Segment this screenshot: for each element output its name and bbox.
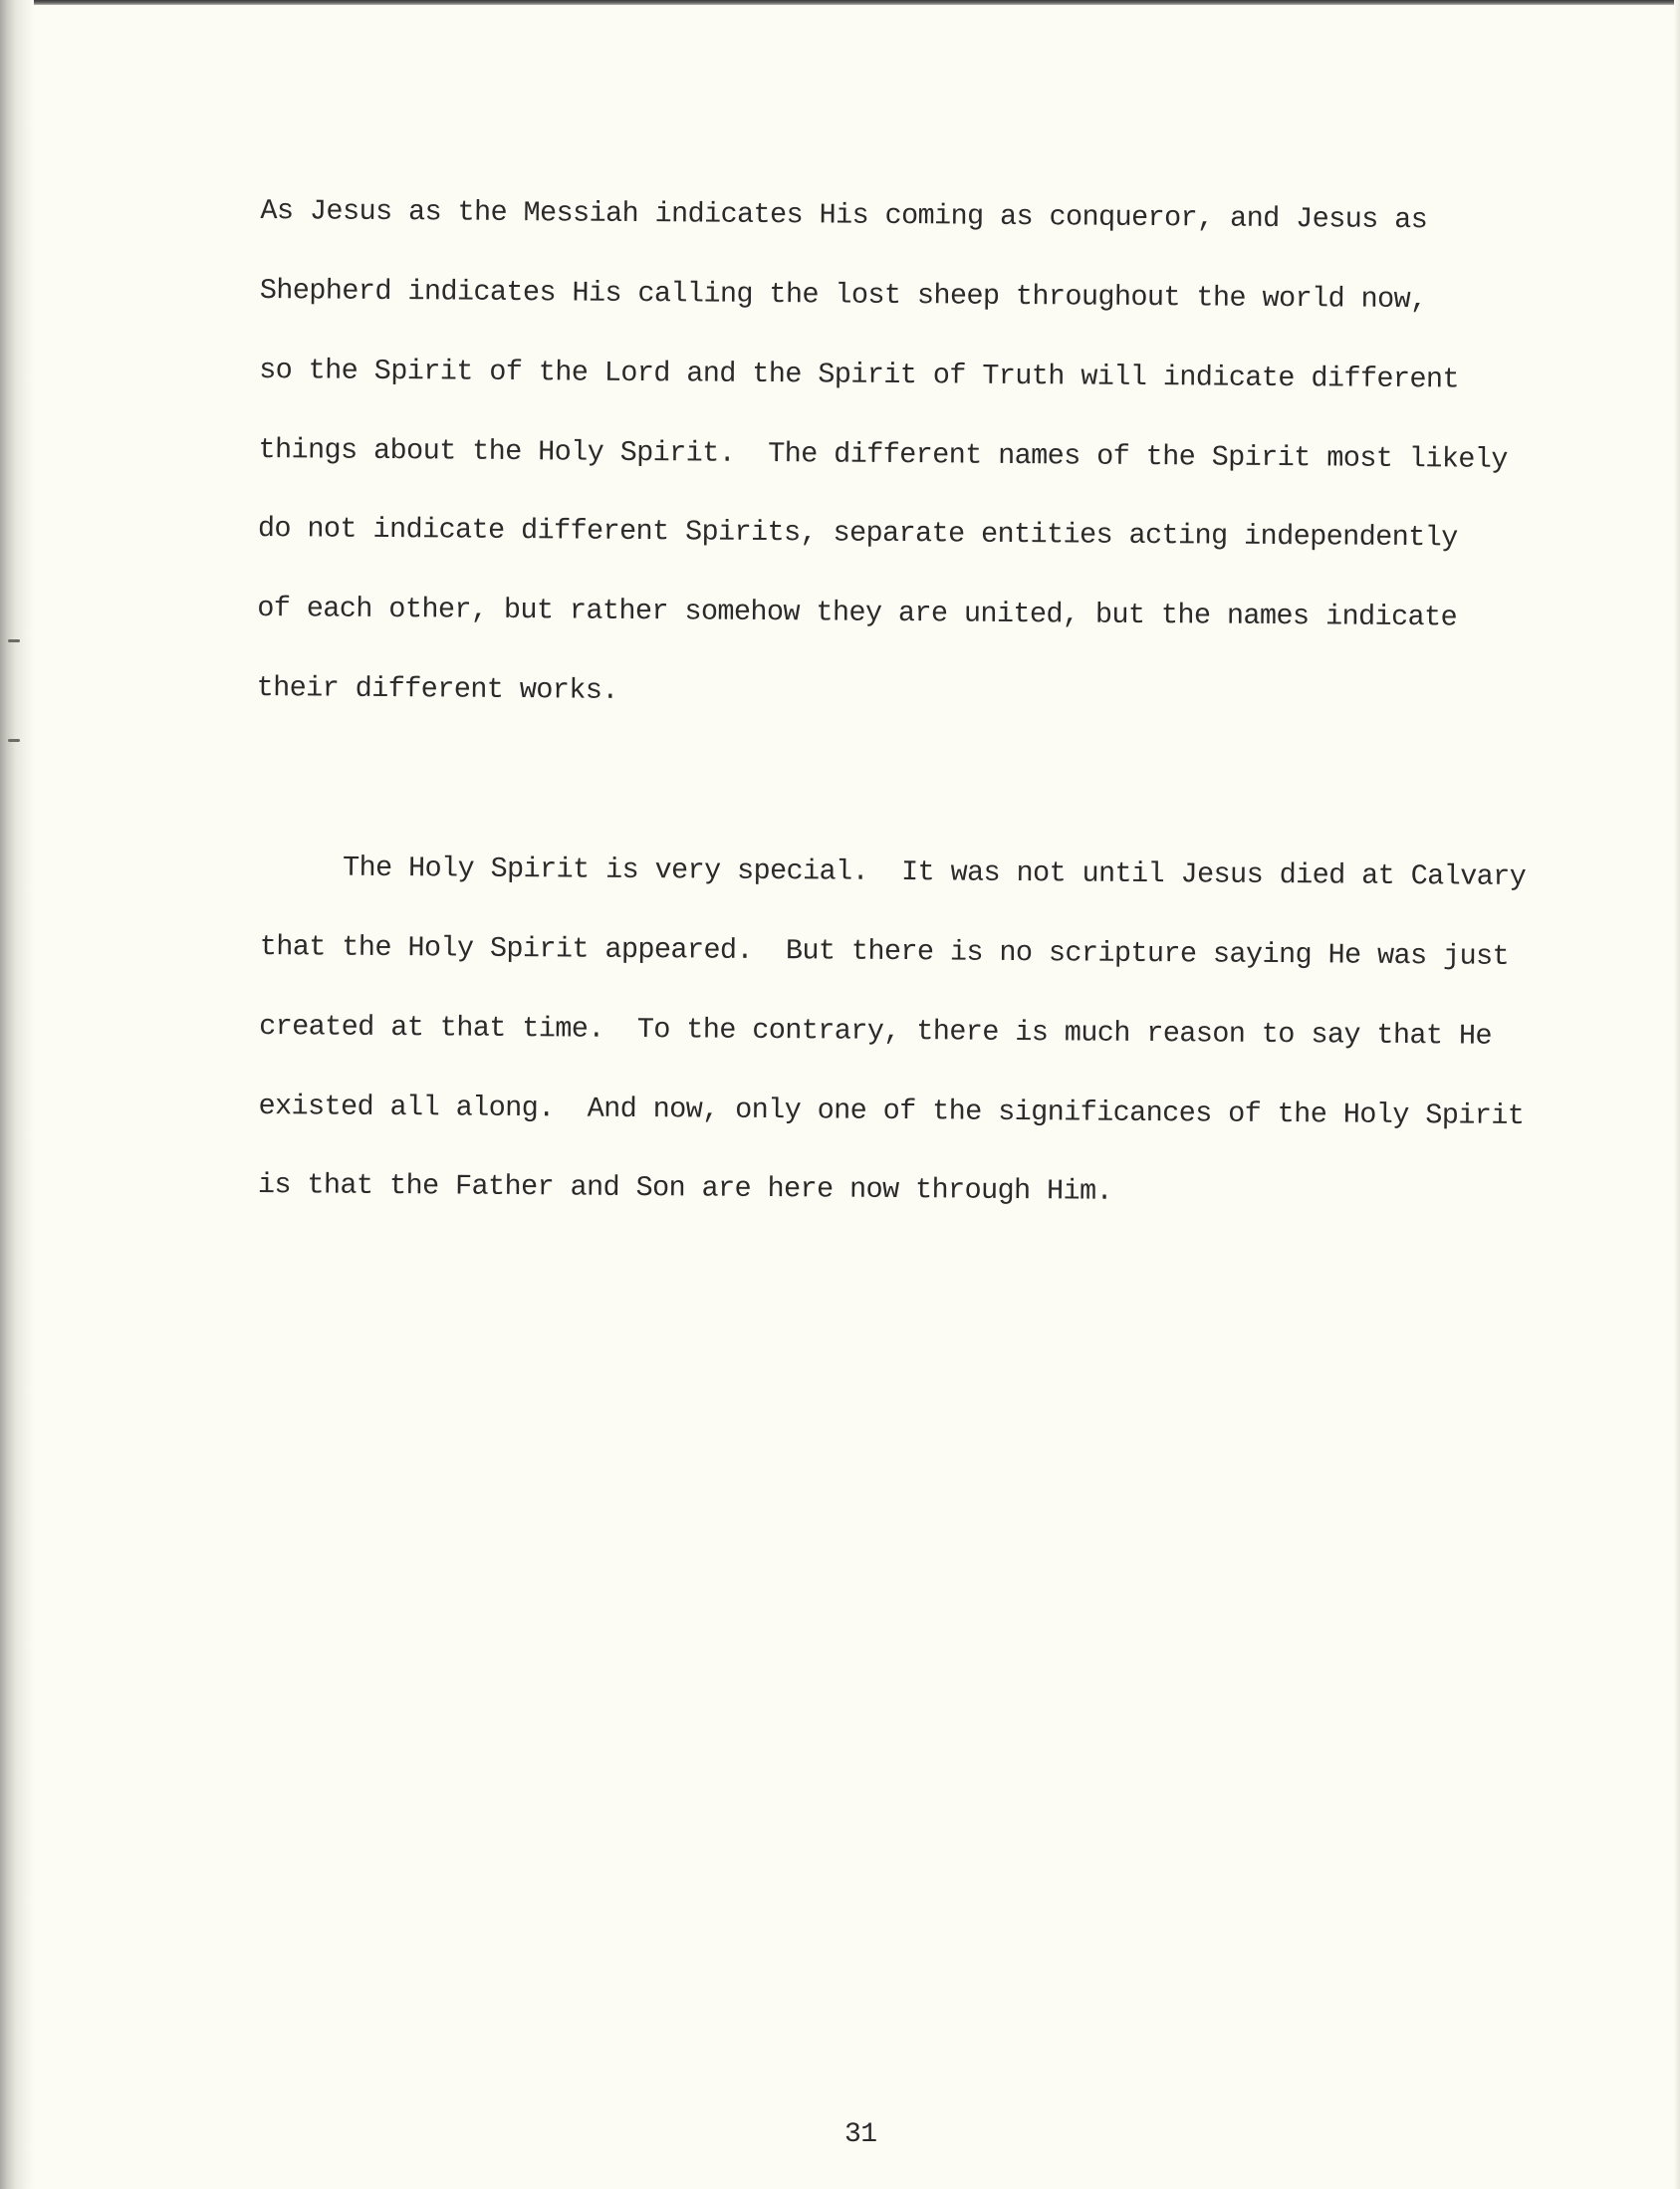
paragraph-messiah-shepherd: As Jesus as the Messiah indicates His co… [256,145,1575,765]
text-line: of each other, but rather somehow they a… [257,596,1571,632]
page-number: 31 [844,2119,877,2150]
page-body: As Jesus as the Messiah indicates His co… [261,145,1575,1252]
text-line: created at that time. To the contrary, t… [259,1013,1573,1050]
text-line: existed all along. And now, only one of … [258,1093,1572,1129]
text-line: Shepherd indicates His calling the lost … [260,278,1574,315]
text-line: The Holy Spirit is very special. It was … [260,854,1574,891]
staple-mark [8,739,20,742]
page-top-edge [0,0,1680,5]
page-right-edge [1674,0,1680,2189]
binding-spine-shadow [0,0,34,2189]
text-line: things about the Holy Spirit. The differ… [258,437,1572,474]
text-line: so the Spirit of the Lord and the Spirit… [259,358,1573,394]
text-line: As Jesus as the Messiah indicates His co… [260,198,1574,235]
text-line: is that the Father and Son are here now … [258,1172,1572,1209]
staple-mark [8,639,20,642]
paragraph-holy-spirit-special: The Holy Spirit is very special. It was … [257,802,1575,1262]
text-line: that the Holy Spirit appeared. But there… [260,934,1574,971]
text-line: their different works. [257,675,1571,712]
text-line: do not indicate different Spirits, separ… [258,516,1572,553]
